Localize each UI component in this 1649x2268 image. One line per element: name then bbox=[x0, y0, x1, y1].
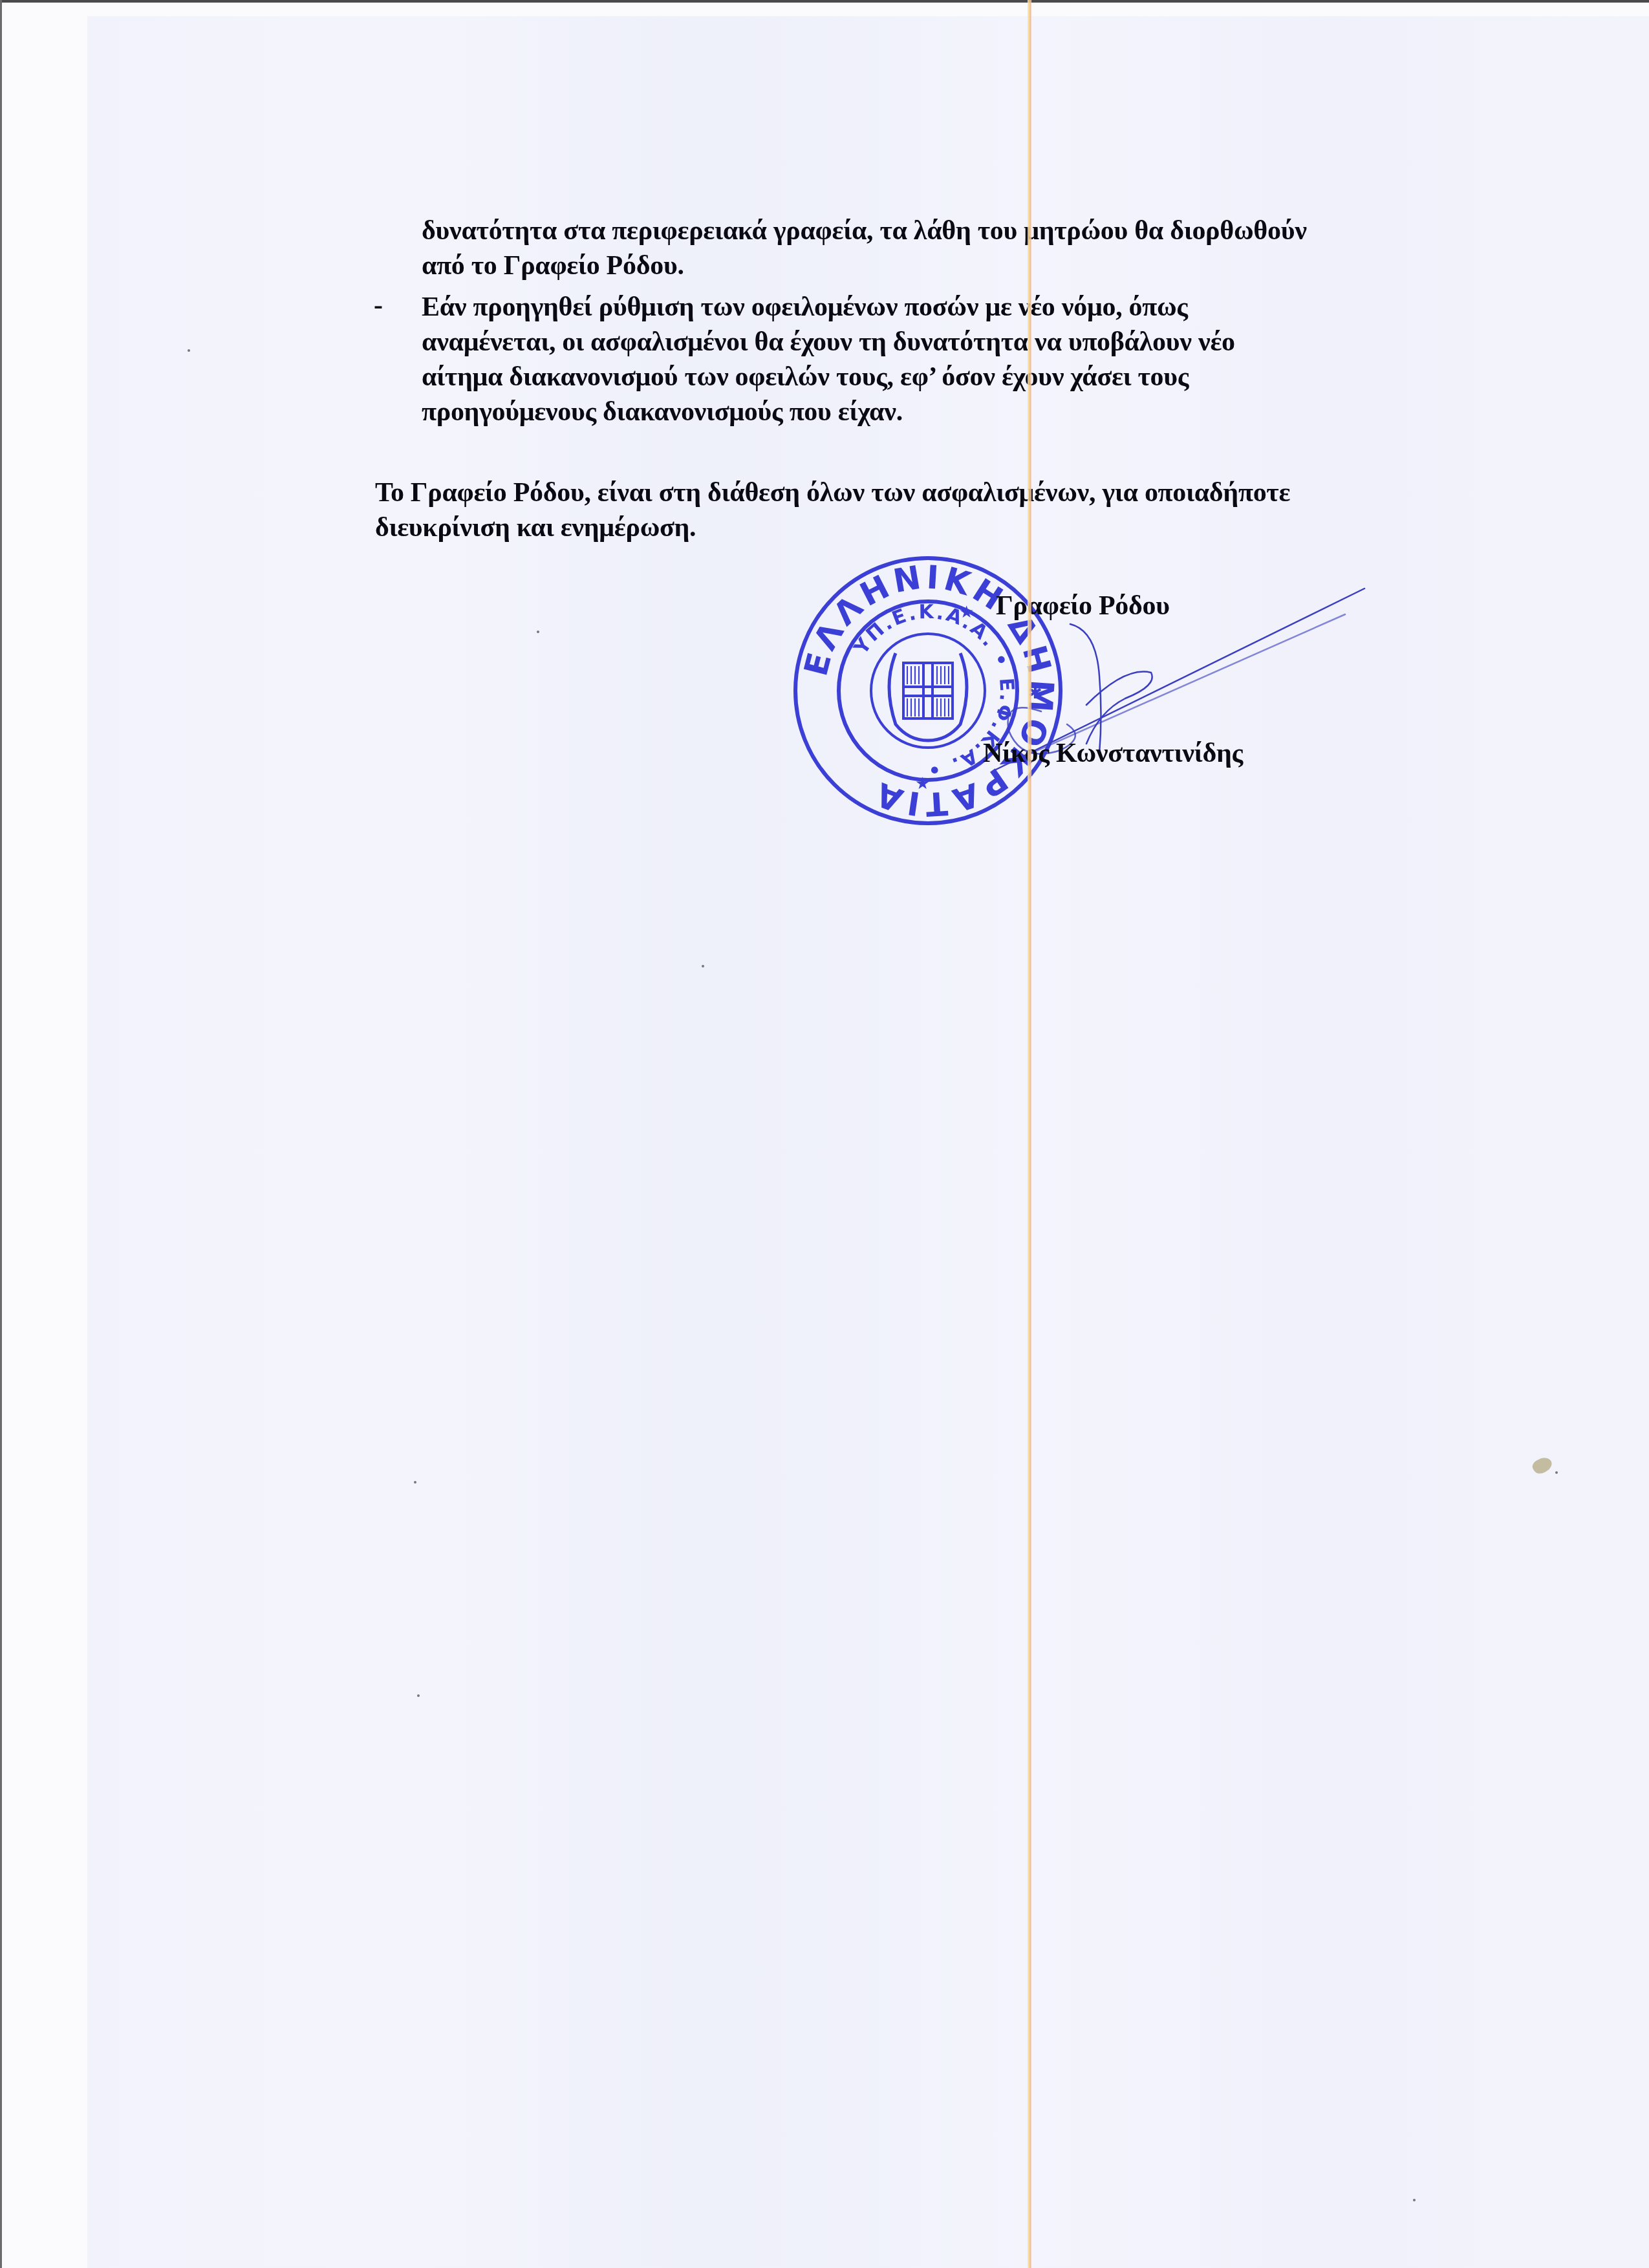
paragraph-continuation: δυνατότητα στα περιφερειακά γραφεία, τα … bbox=[422, 213, 1307, 283]
text-line: Εάν προηγηθεί ρύθμιση των οφειλομένων πο… bbox=[422, 290, 1235, 325]
greek-coat-of-arms-icon bbox=[889, 653, 967, 740]
text-line: Το Γραφείο Ρόδου, είναι στη διάθεση όλων… bbox=[375, 475, 1290, 510]
scan-top-edge bbox=[0, 0, 1649, 3]
dust-speck bbox=[414, 1481, 416, 1484]
text-line: διευκρίνιση και ενημέρωση. bbox=[375, 510, 1290, 545]
text-line: από το Γραφείο Ρόδου. bbox=[422, 248, 1307, 283]
bullet-marker: - bbox=[374, 290, 383, 321]
dust-speck bbox=[188, 349, 190, 352]
svg-text:★: ★ bbox=[915, 774, 930, 794]
office-name: Γραφείο Ρόδου bbox=[996, 589, 1170, 623]
text-line: προηγούμενους διακανονισμούς που είχαν. bbox=[422, 394, 1235, 429]
dust-speck bbox=[1555, 1471, 1558, 1474]
scan-left-edge bbox=[0, 0, 2, 2268]
signature-office: Γραφείο Ρόδου bbox=[996, 589, 1170, 623]
dust-speck bbox=[1413, 2199, 1416, 2201]
dust-speck bbox=[537, 631, 539, 633]
text-line: αναμένεται, οι ασφαλισμένοι θα έχουν τη … bbox=[422, 325, 1235, 360]
signatory-name: Νίκος Κωνσταντινίδης bbox=[983, 736, 1243, 771]
text-line: δυνατότητα στα περιφερειακά γραφεία, τα … bbox=[422, 213, 1307, 248]
bullet-item: Εάν προηγηθεί ρύθμιση των οφειλομένων πο… bbox=[422, 290, 1235, 429]
text-line: αίτημα διακανονισμού των οφειλών τους, ε… bbox=[422, 360, 1235, 394]
closing-paragraph: Το Γραφείο Ρόδου, είναι στη διάθεση όλων… bbox=[375, 475, 1290, 545]
dust-speck bbox=[702, 965, 704, 967]
signature-name: Νίκος Κωνσταντινίδης bbox=[983, 736, 1243, 771]
dust-speck bbox=[417, 1694, 420, 1697]
scan-fold-line bbox=[1028, 0, 1031, 2268]
